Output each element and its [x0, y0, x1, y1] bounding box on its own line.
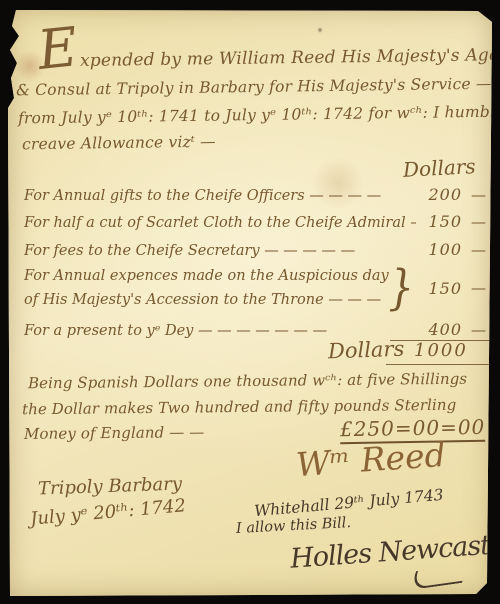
- date-line: July yᵉ 20ᵗʰ: 1742: [29, 495, 186, 530]
- expense-amount-dash: —: [462, 241, 486, 259]
- heading-line-3: from July yᵉ 10ᵗʰ: 1741 to July yᵉ 10ᵗʰ:…: [18, 103, 500, 128]
- manuscript-paper: E xpended by me William Reed His Majesty…: [8, 8, 492, 596]
- expense-row-two-line: For Annual expences made on the Auspicio…: [24, 264, 486, 312]
- expense-desc: For a present to yᵉ Dey — — — — — — —: [24, 323, 416, 339]
- braced-amount-group: } 150 —: [389, 265, 486, 311]
- expense-desc-line-1: For Annual expences made on the Auspicio…: [24, 264, 389, 288]
- total-label: Dollars: [328, 337, 405, 364]
- expense-amount: 150: [416, 212, 462, 231]
- expense-amount-dash: —: [462, 279, 486, 297]
- expense-desc: For Annual expences made on the Auspicio…: [24, 264, 389, 312]
- expense-desc: For Annual gifts to the Cheife Officers …: [24, 188, 416, 204]
- scanned-manuscript-page: { "document": { "heading": { "initial": …: [0, 0, 500, 604]
- heading-line-4: creave Allowance vizᵗ —: [22, 133, 216, 154]
- grouping-brace: }: [389, 260, 414, 315]
- heading-line-2: & Consul at Tripoly in Barbary for His M…: [16, 75, 492, 100]
- place-line: Tripoly Barbary: [38, 473, 183, 499]
- expense-amount-dash: —: [462, 213, 486, 231]
- signature-wm-reed: Wᵐ Reed: [295, 435, 447, 484]
- body-line-2: the Dollar makes Two hundred and fifty p…: [22, 396, 457, 419]
- signature-flourish: [408, 564, 469, 591]
- expense-desc: For half a cut of Scarlet Cloth to the C…: [24, 215, 416, 231]
- dollars-column-header: Dollars: [403, 154, 477, 182]
- endorsement-allow-line: I allow this Bill.: [236, 515, 352, 537]
- expense-row: For fees to the Cheife Secretary — — — —…: [24, 240, 486, 259]
- expense-row: For a present to yᵉ Dey — — — — — — — 40…: [24, 320, 486, 339]
- expense-row: For half a cut of Scarlet Cloth to the C…: [24, 212, 486, 231]
- heading-line-1: xpended by me William Reed His Majesty's…: [80, 45, 500, 71]
- expense-desc-line-2: of His Majesty's Accession to the Throne…: [24, 288, 389, 312]
- expense-desc: For fees to the Cheife Secretary — — — —…: [24, 243, 416, 259]
- expense-row: For Annual gifts to the Cheife Officers …: [24, 185, 486, 204]
- body-line-1: Being Spanish Dollars one thousand wᶜʰ: …: [28, 370, 467, 393]
- expense-amount: 400: [416, 320, 462, 339]
- total-value: 1000: [414, 340, 468, 361]
- heading-initial-letter: E: [35, 20, 80, 78]
- expense-amount: 100: [416, 240, 462, 259]
- expense-amount: 200: [416, 185, 462, 204]
- expense-amount-dash: —: [462, 321, 486, 339]
- expense-amount-dash: —: [462, 186, 486, 204]
- expense-amount: 150: [416, 279, 462, 298]
- signature-newcastle: Holles Newcastle: [289, 528, 500, 574]
- total-rule-bottom: [386, 364, 492, 365]
- body-line-3: Money of England — —: [24, 423, 204, 443]
